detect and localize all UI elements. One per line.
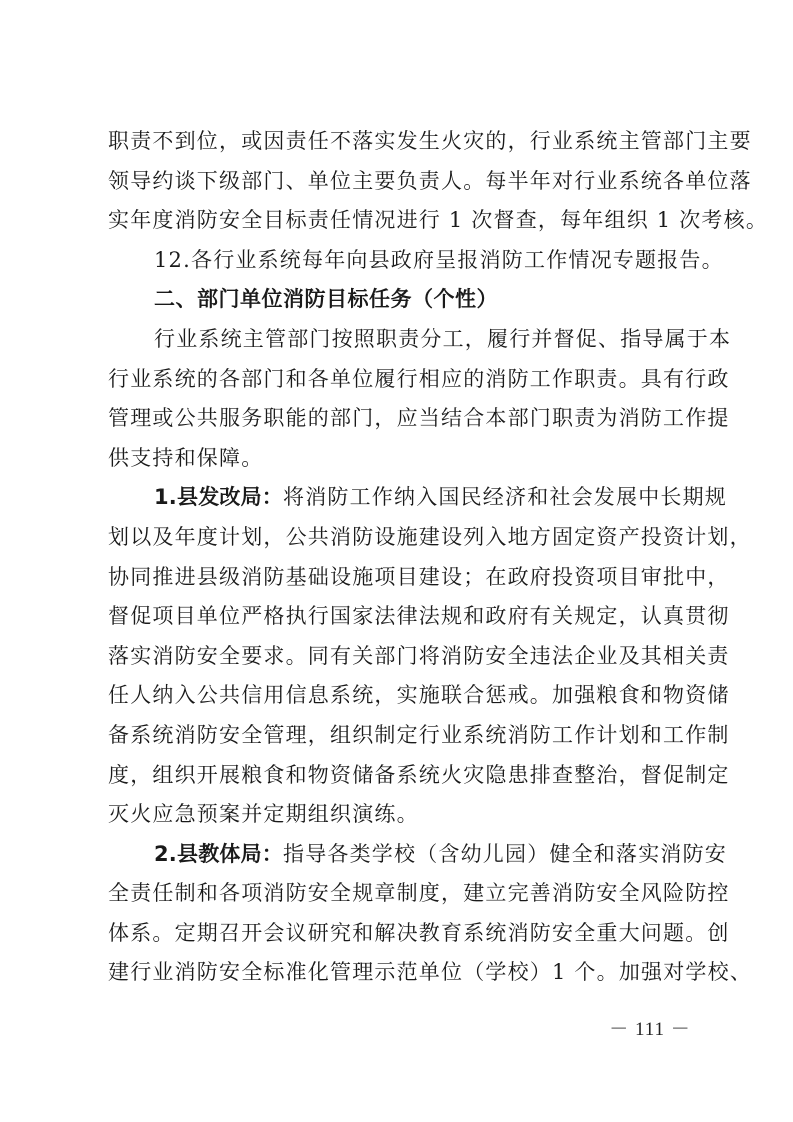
paragraph-line: 行业系统的各部门和各单位履行相应的消防工作职责。具有行政 <box>108 360 710 400</box>
item-2-label: 2.县教体局： <box>154 842 283 866</box>
paragraph-line: 度，组织开展粮食和物资储备系统火灾隐患排查整治，督促制定 <box>108 756 710 796</box>
section-heading: 二、部门单位消防目标任务（个性） <box>108 280 710 320</box>
document-page: 职责不到位，或因责任不落实发生火灾的，行业系统主管部门主要 领导约谈下级部门、单… <box>108 122 710 993</box>
paragraph-line: 管理或公共服务职能的部门，应当结合本部门职责为消防工作提 <box>108 399 710 439</box>
paragraph-line: 灭火应急预案并定期组织演练。 <box>108 795 710 835</box>
item-1-label: 1.县发改局： <box>154 485 283 509</box>
paragraph-line: 落实消防安全要求。同有关部门将消防安全违法企业及其相关责 <box>108 637 710 677</box>
paragraph-line: 体系。定期召开会议研究和解决教育系统消防安全重大问题。创 <box>108 914 710 954</box>
item-1-text: 将消防工作纳入国民经济和社会发展中长期规 <box>283 485 727 509</box>
paragraph-line: 备系统消防安全管理，组织制定行业系统消防工作计划和工作制 <box>108 716 710 756</box>
paragraph-line: 实年度消防安全目标责任情况进行 1 次督查，每年组织 1 次考核。 <box>108 201 710 241</box>
paragraph-line: 全责任制和各项消防安全规章制度，建立完善消防安全风险防控 <box>108 874 710 914</box>
paragraph-line: 协同推进县级消防基础设施项目建设；在政府投资项目审批中， <box>108 558 710 598</box>
paragraph-line: 供支持和保障。 <box>108 439 710 479</box>
paragraph-line: 任人纳入公共信用信息系统，实施联合惩戒。加强粮食和物资储 <box>108 676 710 716</box>
paragraph-line: 建行业消防安全标准化管理示范单位（学校）1 个。加强对学校、 <box>108 953 710 993</box>
item-12-line: 12.各行业系统每年向县政府呈报消防工作情况专题报告。 <box>108 241 710 281</box>
paragraph-line: 领导约谈下级部门、单位主要负责人。每半年对行业系统各单位落 <box>108 162 710 202</box>
paragraph-line: 督促项目单位严格执行国家法律法规和政府有关规定，认真贯彻 <box>108 597 710 637</box>
paragraph-line: 行业系统主管部门按照职责分工，履行并督促、指导属于本 <box>108 320 710 360</box>
item-2-text: 指导各类学校（含幼儿园）健全和落实消防安 <box>283 842 727 866</box>
paragraph-line: 职责不到位，或因责任不落实发生火灾的，行业系统主管部门主要 <box>108 122 710 162</box>
item-1-first-line: 1.县发改局：将消防工作纳入国民经济和社会发展中长期规 <box>108 478 710 518</box>
paragraph-line: 划以及年度计划，公共消防设施建设列入地方固定资产投资计划， <box>108 518 710 558</box>
page-number: － 111 － <box>600 1014 700 1041</box>
item-2-first-line: 2.县教体局：指导各类学校（含幼儿园）健全和落实消防安 <box>108 835 710 875</box>
